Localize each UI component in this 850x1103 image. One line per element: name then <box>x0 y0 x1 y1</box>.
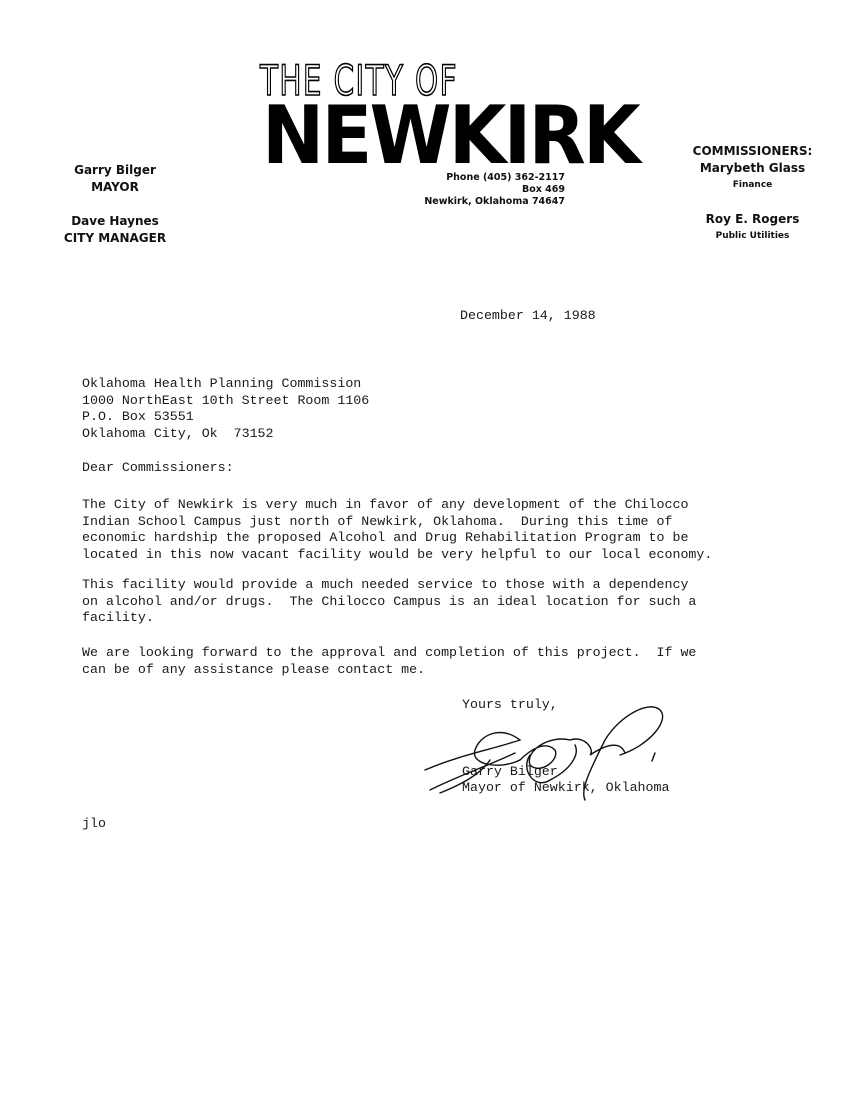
mayor-title: MAYOR <box>40 179 190 196</box>
commissioners-block: COMMISSIONERS: Marybeth Glass Finance Ro… <box>680 143 825 245</box>
paragraph-line: We are looking forward to the approval a… <box>82 645 782 662</box>
typist-initials: jlo <box>82 816 106 833</box>
paragraph: We are looking forward to the approval a… <box>82 645 782 678</box>
phone: Phone (405) 362-2117 <box>424 172 565 184</box>
paragraph-line: on alcohol and/or drugs. The Chilocco Ca… <box>82 594 782 611</box>
letter-date: December 14, 1988 <box>460 308 596 325</box>
city-address: Newkirk, Oklahoma 74647 <box>424 196 565 208</box>
commissioner-role: Finance <box>680 177 825 194</box>
address-line: Oklahoma Health Planning Commission <box>82 376 369 393</box>
paragraph-line: This facility would provide a much neede… <box>82 577 782 594</box>
recipient-address: Oklahoma Health Planning Commission 1000… <box>82 376 369 442</box>
paragraph: The City of Newkirk is very much in favo… <box>82 497 782 563</box>
paragraph-line: located in this now vacant facility woul… <box>82 547 782 564</box>
paragraph: This facility would provide a much neede… <box>82 577 782 627</box>
paragraph-line: can be of any assistance please contact … <box>82 662 782 679</box>
commissioner-role: Public Utilities <box>680 228 825 245</box>
logo-title-main: NEWKIRK <box>262 100 638 172</box>
manager-name: Dave Haynes <box>40 213 190 230</box>
paragraph-line: The City of Newkirk is very much in favo… <box>82 497 782 514</box>
signature-icon <box>420 695 690 805</box>
po-box: Box 469 <box>424 184 565 196</box>
paragraph-line: facility. <box>82 610 782 627</box>
address-line: 1000 NorthEast 10th Street Room 1106 <box>82 393 369 410</box>
address-line: P.O. Box 53551 <box>82 409 369 426</box>
paragraph-line: economic hardship the proposed Alcohol a… <box>82 530 782 547</box>
contact-info: Phone (405) 362-2117 Box 469 Newkirk, Ok… <box>424 172 565 208</box>
officials-block: Garry Bilger MAYOR Dave Haynes CITY MANA… <box>40 162 190 247</box>
commissioners-heading: COMMISSIONERS: <box>680 143 825 160</box>
mayor-name: Garry Bilger <box>40 162 190 179</box>
commissioner-name: Roy E. Rogers <box>680 211 825 228</box>
address-line: Oklahoma City, Ok 73152 <box>82 426 369 443</box>
commissioner-name: Marybeth Glass <box>680 160 825 177</box>
salutation: Dear Commissioners: <box>82 460 234 477</box>
paragraph-line: Indian School Campus just north of Newki… <box>82 514 782 531</box>
manager-title: CITY MANAGER <box>40 230 190 247</box>
